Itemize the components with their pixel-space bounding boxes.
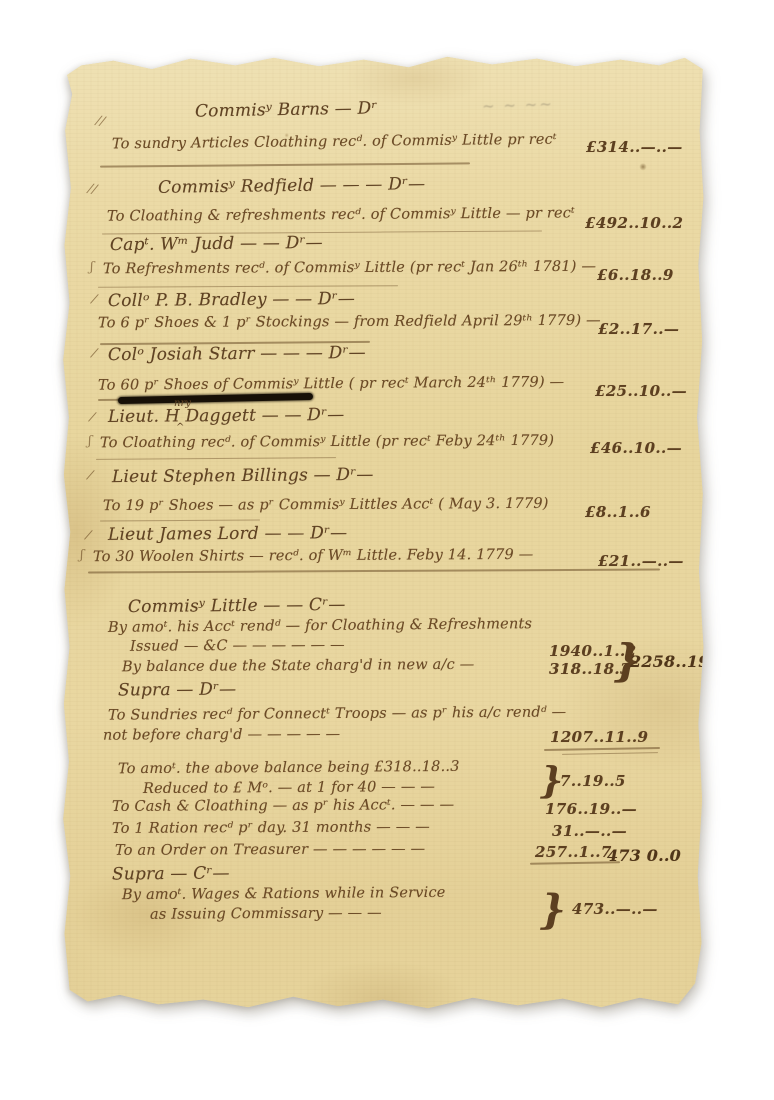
ink-rule (100, 519, 260, 521)
margin-flourish: ʃ (80, 548, 84, 563)
ink-rule (96, 457, 336, 460)
account-header-barns: Commisʸ Barns — Dʳ (195, 98, 378, 121)
amount: £46..10..— (590, 439, 682, 457)
margin-flourish: ʃ (88, 434, 92, 449)
account-header-judd: Capᵗ. Wᵐ Judd — — Dʳ— (110, 233, 323, 255)
margin-flourish: ʃ (90, 260, 94, 275)
ink-rule (544, 747, 660, 751)
margin-tick: / (90, 346, 98, 362)
margin-tick: / (86, 468, 94, 484)
ledger-line: To Cloathing recᵈ. of Commisʸ Little (pr… (100, 433, 554, 451)
account-header-supra-dr: Supra — Dʳ— (118, 679, 236, 700)
ledger-line: To 1 Ration recᵈ pʳ day. 31 months — — — (112, 819, 430, 837)
ledger-line: By balance due the State charg'd in new … (122, 657, 474, 675)
amount: £8..1..6 (585, 503, 651, 521)
amount: 1207..11..9 (550, 728, 648, 746)
amount: 473..—..— (572, 900, 658, 918)
amount: 7..19..5 (560, 772, 626, 790)
account-header-redfield: Commisʸ Redfield — — — Dʳ— (158, 174, 426, 198)
amount: £2..17..— (598, 320, 679, 338)
account-header-daggett: Lieut. H Daggett — — Dʳ— (108, 405, 345, 427)
account-header-starr: Colᵒ Josiah Starr — — — Dʳ— (108, 343, 366, 365)
margin-tick: / (90, 292, 98, 308)
ink-rule (98, 285, 398, 288)
margin-tick: // (95, 113, 107, 129)
ledger-line: To 19 pʳ Shoes — as pʳ Commisʸ Littles A… (103, 496, 549, 514)
ledger-line: To Refreshments recᵈ. of Commisʸ Little … (103, 259, 596, 278)
ledger-line: By amoᵗ. his Accᵗ rendᵈ — for Cloathing … (108, 616, 532, 636)
ledger-line: To sundry Articles Cloathing recᵈ. of Co… (112, 132, 557, 153)
amount: £6..18..9 (597, 266, 674, 284)
ledger-line: To 30 Woolen Shirts — recᵈ. of Wᵐ Little… (93, 547, 534, 565)
ledger-line: To amoᵗ. the above balance being £318..1… (118, 759, 460, 777)
scan-background: ~ ~ ~~ // // / / / / / ʃ ʃ ʃ Commisʸ Bar… (0, 0, 774, 1100)
ink-rule (88, 569, 660, 574)
ledger-line: To Sundries recᵈ for Connectᵗ Troops — a… (108, 704, 566, 723)
ledger-line: To 60 pʳ Shoes of Commisʸ Little ( pr re… (98, 374, 564, 393)
ledger-line: To Cloathing & refreshments recᵈ. of Com… (107, 205, 575, 224)
ledger-line: To Cash & Cloathing — as pʳ his Accᵗ. — … (112, 797, 454, 815)
ledger-line: To 6 pʳ Shoes & 1 pʳ Stockings — from Re… (98, 313, 601, 332)
manuscript-shadow: ~ ~ ~~ // // / / / / / ʃ ʃ ʃ Commisʸ Bar… (62, 54, 704, 1010)
group-total: 473 0..0 (607, 846, 681, 865)
amount: 31..—..— (552, 822, 627, 840)
amount: £21..—..— (598, 552, 684, 570)
amount: £314..—..— (586, 138, 683, 156)
margin-tick: // (87, 181, 99, 197)
amount: £25..10..— (595, 382, 687, 400)
amount: 257..1..7 (535, 843, 612, 861)
manuscript-page: ~ ~ ~~ // // / / / / / ʃ ʃ ʃ Commisʸ Bar… (62, 54, 704, 1010)
group-total: 2258..19.5 (630, 652, 727, 671)
ledger-line: Reduced to £ Mᵒ. — at 1 for 40 — — — (143, 779, 435, 797)
caret-mark: ^ (176, 422, 184, 433)
account-header-little: Commisʸ Little — — Cʳ— (128, 595, 346, 617)
ink-smear (118, 393, 313, 404)
ledger-line: To an Order on Treasurer — — — — — — (115, 841, 425, 859)
grouping-brace: } (540, 886, 566, 933)
ledger-line: not before charg'd — — — — — (103, 726, 340, 743)
account-header-billings: Lieut Stephen Billings — Dʳ— (112, 465, 374, 487)
margin-tick: / (88, 410, 96, 426)
amount: 176..19..— (545, 800, 637, 818)
account-header-lord: Lieut James Lord — — Dʳ— (108, 523, 347, 545)
ink-rule (100, 162, 470, 167)
pencil-annotation: ~ ~ ~~ (482, 95, 554, 115)
ledger-line: as Issuing Commissary — — — (150, 905, 382, 923)
account-header-supra-cr: Supra — Cʳ— (112, 863, 230, 884)
ink-rule (562, 752, 658, 755)
account-header-bradley: Collᵒ P. B. Bradley — — Dʳ— (108, 289, 355, 311)
insertion-note: nry (174, 398, 191, 409)
ledger-line: By amoᵗ. Wages & Rations while in Servic… (122, 885, 446, 903)
amount: £492..10..2 (585, 214, 683, 232)
margin-tick: / (84, 528, 92, 544)
ledger-line: Issued — &C — — — — — — (130, 637, 345, 654)
